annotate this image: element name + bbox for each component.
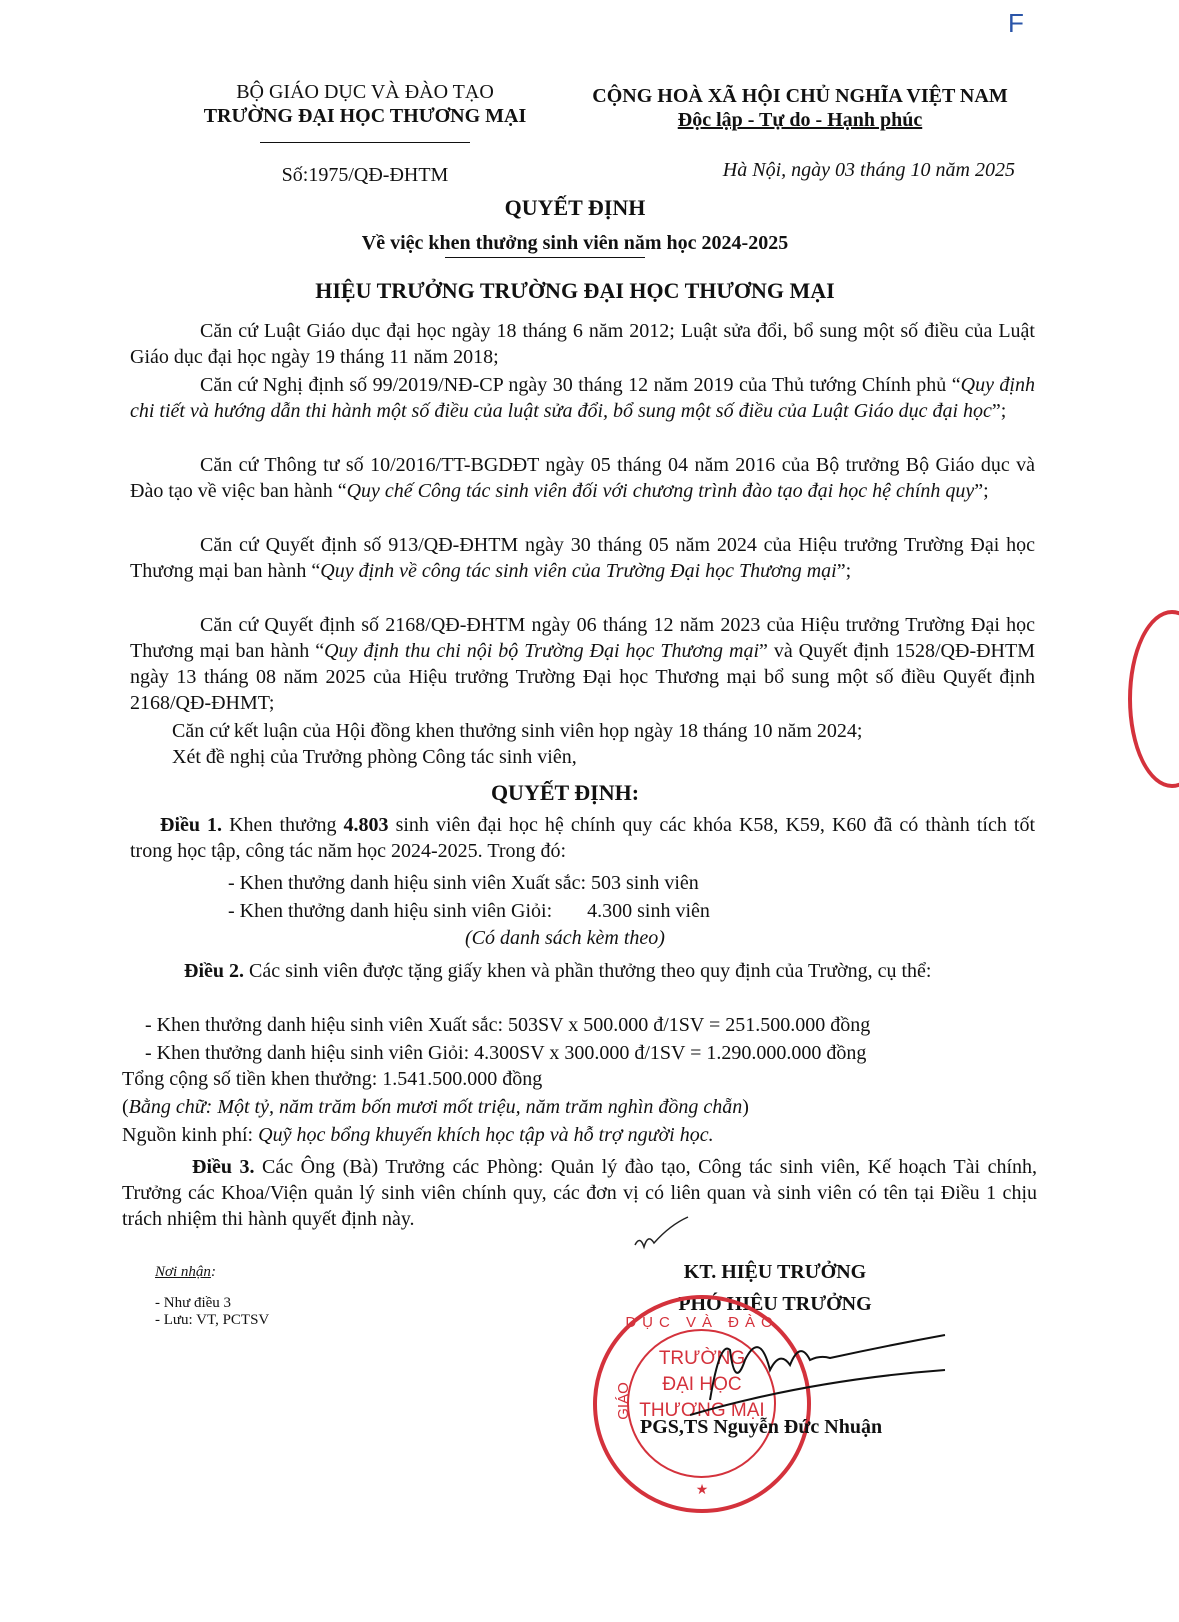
stamp-star-icon: ★ — [597, 1477, 807, 1501]
cited-title: Quy chế Công tác sinh viên đối với chươn… — [347, 480, 975, 502]
preamble-1: Căn cứ Luật Giáo dục đại học ngày 18 thá… — [130, 318, 1035, 370]
funding-source: Nguồn kinh phí: Quỹ học bổng khuyến khíc… — [122, 1122, 1027, 1148]
article-1-item-2: - Khen thưởng danh hiệu sinh viên Giỏi: … — [228, 898, 1028, 924]
article-3: Điều 3. Các Ông (Bà) Trưởng các Phòng: Q… — [122, 1154, 1037, 1232]
preamble-5: Căn cứ Quyết định số 2168/QĐ-ĐHTM ngày 0… — [130, 612, 1035, 716]
preamble-2: Căn cứ Nghị định số 99/2019/NĐ-CP ngày 3… — [130, 372, 1035, 424]
edge-stamp — [1128, 610, 1179, 788]
header-left: BỘ GIÁO DỤC VÀ ĐÀO TẠO TRƯỜNG ĐẠI HỌC TH… — [180, 80, 550, 187]
funding-text: Quỹ học bổng khuyến khích học tập và hỗ … — [258, 1124, 713, 1146]
place-date: Hà Nội, ngày 03 tháng 10 năm 2025 — [585, 158, 1015, 182]
amount-in-words: (Bằng chữ: Một tỷ, năm trăm bốn mươi mốt… — [122, 1094, 1027, 1120]
document-number: Số:1975/QĐ-ĐHTM — [180, 163, 550, 187]
ministry-name: BỘ GIÁO DỤC VÀ ĐÀO TẠO — [180, 80, 550, 104]
country-name: CỘNG HOÀ XÃ HỘI CHỦ NGHĨA VIỆT NAM — [585, 84, 1015, 108]
preamble-text: ”; — [992, 400, 1006, 422]
header-left-rule — [260, 142, 470, 143]
preamble-6: Căn cứ kết luận của Hội đồng khen thưởng… — [172, 718, 1042, 744]
national-motto: Độc lập - Tự do - Hạnh phúc — [585, 108, 1015, 132]
signer-name: PGS,TS Nguyễn Đức Nhuận — [640, 1416, 882, 1439]
subtitle-rule — [445, 257, 645, 258]
article-label: Điều 2. — [184, 960, 244, 982]
signature-line-1: KT. HIỆU TRƯỞNG — [635, 1256, 915, 1288]
preamble-4: Căn cứ Quyết định số 913/QĐ-ĐHTM ngày 30… — [130, 532, 1035, 584]
colon: : — [211, 1264, 216, 1280]
funding-label: Nguồn kinh phí: — [122, 1124, 258, 1146]
stamp-ring-left: GIÁO — [612, 1296, 636, 1506]
preamble-text: ”; — [974, 480, 988, 502]
paren: ) — [742, 1096, 749, 1118]
preamble-3: Căn cứ Thông tư số 10/2016/TT-BGDĐT ngày… — [130, 452, 1035, 504]
amount-words-text: Bằng chữ: Một tỷ, năm trăm bốn mươi mốt … — [129, 1096, 743, 1118]
award-count: 4.803 — [344, 814, 389, 836]
signature-icon — [690, 1320, 950, 1420]
school-name: TRƯỜNG ĐẠI HỌC THƯƠNG MẠI — [180, 104, 550, 128]
article-2: Điều 2. Các sinh viên được tặng giấy khe… — [122, 958, 1037, 984]
recipients: Nơi nhận: - Như điều 3 - Lưu: VT, PCTSV — [155, 1264, 269, 1329]
article-2-item-2: - Khen thưởng danh hiệu sinh viên Giỏi: … — [145, 1040, 1045, 1066]
article-1-item-1: - Khen thưởng danh hiệu sinh viên Xuất s… — [228, 870, 1028, 896]
initial-mark-icon — [630, 1215, 690, 1255]
recipients-title: Nơi nhận — [155, 1264, 211, 1280]
recipient-item: - Như điều 3 — [155, 1295, 269, 1312]
preamble-text: Căn cứ Luật Giáo dục đại học ngày 18 thá… — [130, 320, 1035, 368]
article-text: Khen thưởng — [222, 814, 343, 836]
document-subtitle: Về việc khen thưởng sinh viên năm học 20… — [0, 232, 1150, 255]
document-title: QUYẾT ĐỊNH — [0, 195, 1150, 221]
article-1: Điều 1. Khen thưởng 4.803 sinh viên đại … — [130, 812, 1035, 864]
attached-list-note: (Có danh sách kèm theo) — [0, 924, 1130, 952]
total-amount: Tổng cộng số tiền khen thưởng: 1.541.500… — [122, 1066, 1027, 1092]
article-text: Các sinh viên được tặng giấy khen và phầ… — [244, 960, 931, 982]
article-label: Điều 1. — [160, 814, 222, 836]
header-right: CỘNG HOÀ XÃ HỘI CHỦ NGHĨA VIỆT NAM Độc l… — [585, 84, 1015, 182]
article-2-item-1: - Khen thưởng danh hiệu sinh viên Xuất s… — [145, 1012, 1045, 1038]
preamble-text: Căn cứ Nghị định số 99/2019/NĐ-CP ngày 3… — [200, 374, 961, 396]
article-label: Điều 3. — [192, 1156, 255, 1178]
preamble-7: Xét đề nghị của Trưởng phòng Công tác si… — [172, 744, 1042, 770]
decision-heading: QUYẾT ĐỊNH: — [0, 780, 1130, 806]
corner-mark: F — [1008, 8, 1024, 39]
authority-title: HIỆU TRƯỞNG TRƯỜNG ĐẠI HỌC THƯƠNG MẠI — [0, 278, 1150, 304]
cited-title: Quy định về công tác sinh viên của Trườn… — [320, 560, 836, 582]
cited-title: Quy định thu chi nội bộ Trường Đại học T… — [324, 640, 759, 662]
paren: ( — [122, 1096, 129, 1118]
recipient-item: - Lưu: VT, PCTSV — [155, 1312, 269, 1329]
article-text: Các Ông (Bà) Trưởng các Phòng: Quản lý đ… — [122, 1156, 1037, 1230]
preamble-text: ”; — [837, 560, 851, 582]
